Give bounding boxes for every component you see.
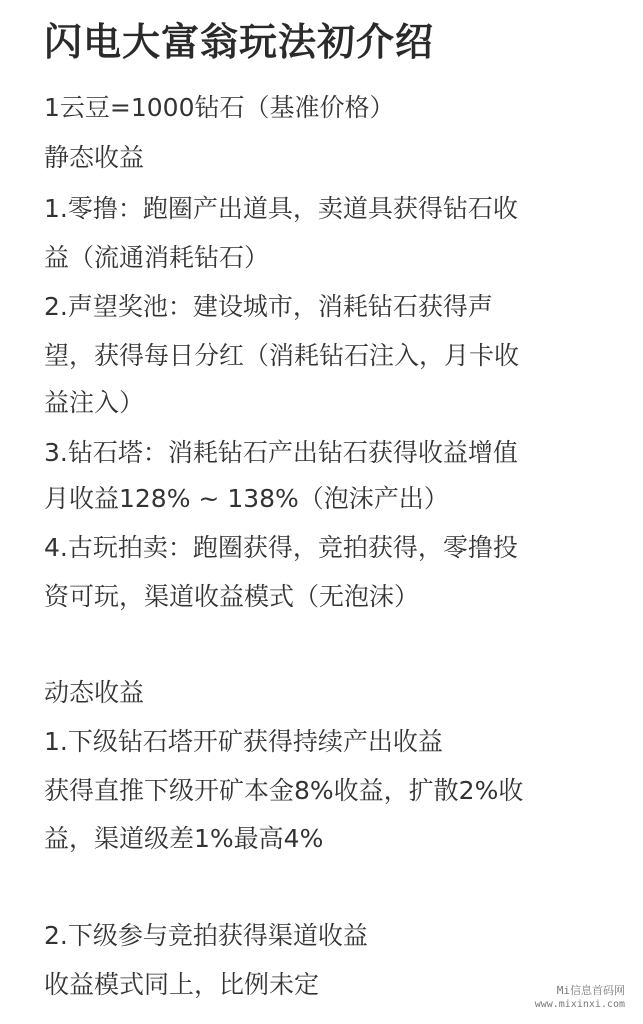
text-line: 收益模式同上，比例未定 [44,967,319,1003]
page-title: 闪电大富翁玩法初介绍 [44,14,434,70]
text-line: 益，渠道级差1%最高4% [44,821,323,857]
text-line: 获得直推下级开矿本金8%收益，扩散2%收 [44,773,523,809]
text-line: 益（流通消耗钻石） [44,240,269,276]
text-line: 望，获得每日分红（消耗钻石注入，月卡收 [44,338,519,374]
text-line: 1.零撸：跑圈产出道具，卖道具获得钻石收 [44,191,518,227]
text-line: 1云豆=1000钻石（基准价格） [44,90,394,126]
text-line: 益注入） [44,385,144,421]
text-line: 月收益128% ~ 138%（泡沫产出） [44,481,449,517]
text-line: 资可玩，渠道收益模式（无泡沫） [44,579,419,615]
text-line: 1.下级钻石塔开矿获得持续产出收益 [44,724,443,760]
section-heading-dynamic: 动态收益 [44,675,144,711]
watermark-name: Mi信息首码网 [535,984,625,998]
text-line: 4.古玩拍卖：跑圈获得，竞拍获得，零撸投 [44,530,518,566]
watermark-url: www.mixinxi.com [535,998,625,1011]
text-line: 3.钻石塔：消耗钻石产出钻石获得收益增值 [44,435,518,471]
text-line: 2.声望奖池：建设城市，消耗钻石获得声 [44,289,493,325]
text-line: 2.下级参与竞拍获得渠道收益 [44,918,368,954]
section-heading-static: 静态收益 [44,140,144,176]
watermark: Mi信息首码网 www.mixinxi.com [535,984,625,1011]
